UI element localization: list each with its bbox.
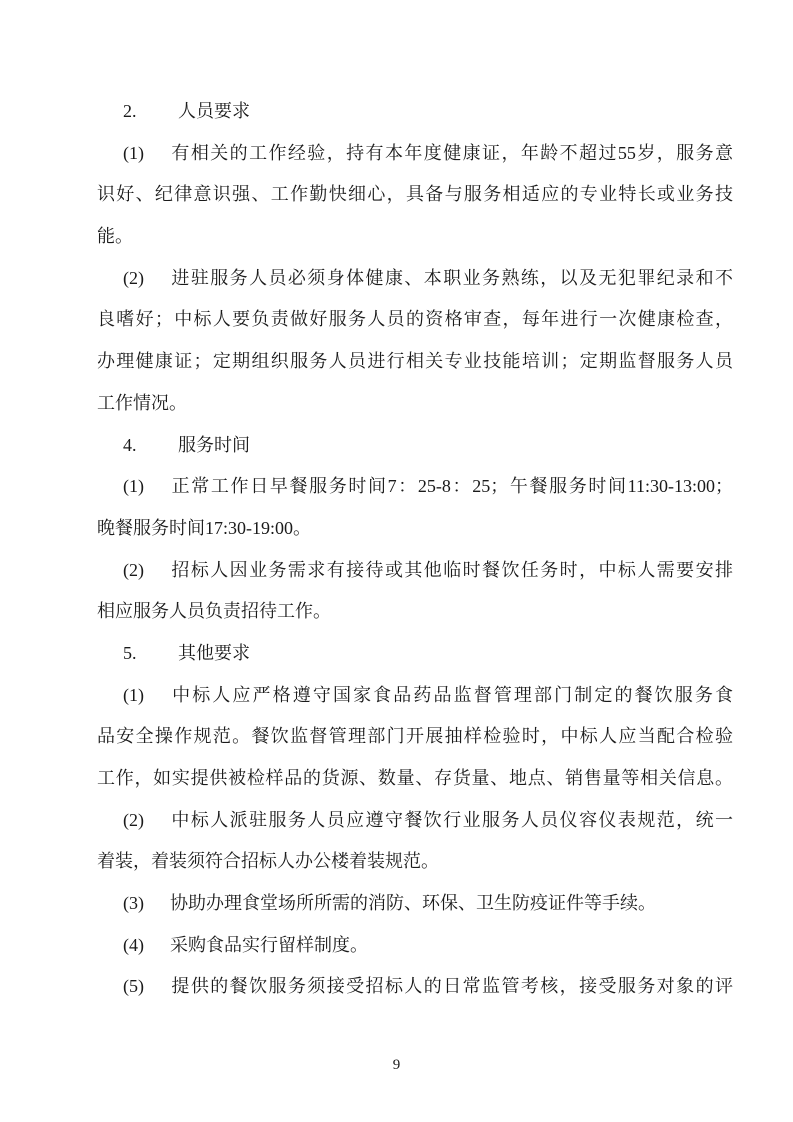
text-line: 识好、纪律意识强、工作勤快细心，具备与服务相适应的专业特长或业务技 xyxy=(97,174,733,216)
line-text: 采购食品实行留样制度。 xyxy=(170,935,368,955)
text-line: 工作情况。 xyxy=(97,383,733,425)
line-text: 招标人因业务需求有接待或其他临时餐饮任务时，中标人需要安排 xyxy=(170,560,733,580)
text-line: (1)正常工作日早餐服务时间7：25-8：25；午餐服务时间11:30-13:0… xyxy=(97,466,733,508)
line-text: 其他要求 xyxy=(178,643,250,663)
text-line: (3)协助办理食堂场所所需的消防、环保、卫生防疫证件等手续。 xyxy=(97,883,733,925)
document-page: 2.人员要求(1)有相关的工作经验，持有本年度健康证，年龄不超过55岁，服务意识… xyxy=(0,0,793,1122)
text-line: (2)中标人派驻服务人员应遵守餐饮行业服务人员仪容仪表规范，统一 xyxy=(97,800,733,842)
text-line: 晚餐服务时间17:30-19:00。 xyxy=(97,508,733,550)
text-line: 工作，如实提供被检样品的货源、数量、存货量、地点、销售量等相关信息。 xyxy=(97,758,733,800)
text-line: (1)有相关的工作经验，持有本年度健康证，年龄不超过55岁，服务意 xyxy=(97,133,733,175)
line-text: 工作情况。 xyxy=(97,393,187,413)
document-body: 2.人员要求(1)有相关的工作经验，持有本年度健康证，年龄不超过55岁，服务意识… xyxy=(97,91,733,1008)
text-line: 能。 xyxy=(97,216,733,258)
line-text: 有相关的工作经验，持有本年度健康证，年龄不超过55岁，服务意 xyxy=(170,143,733,163)
item-number: (2) xyxy=(123,258,170,300)
line-text: 正常工作日早餐服务时间7：25-8：25；午餐服务时间11:30-13:00； xyxy=(170,476,733,496)
text-line: (2)招标人因业务需求有接待或其他临时餐饮任务时，中标人需要安排 xyxy=(97,550,733,592)
section-number: 4. xyxy=(123,425,178,467)
section-heading-line: 2.人员要求 xyxy=(97,91,733,133)
line-text: 工作，如实提供被检样品的货源、数量、存货量、地点、销售量等相关信息。 xyxy=(97,768,733,788)
text-line: (5)提供的餐饮服务须接受招标人的日常监管考核，接受服务对象的评 xyxy=(97,966,733,1008)
item-number: (3) xyxy=(123,883,170,925)
item-number: (1) xyxy=(123,466,170,508)
line-text: 能。 xyxy=(97,226,133,246)
section-heading-line: 5.其他要求 xyxy=(97,633,733,675)
section-number: 2. xyxy=(123,91,178,133)
line-text: 进驻服务人员必须身体健康、本职业务熟练，以及无犯罪纪录和不 xyxy=(170,268,733,288)
line-text: 品安全操作规范。餐饮监督管理部门开展抽样检验时，中标人应当配合检验 xyxy=(97,726,733,746)
line-text: 晚餐服务时间17:30-19:00。 xyxy=(97,518,311,538)
page-number: 9 xyxy=(0,1055,793,1075)
section-number: 5. xyxy=(123,633,178,675)
line-text: 协助办理食堂场所所需的消防、环保、卫生防疫证件等手续。 xyxy=(170,893,656,913)
line-text: 中标人应严格遵守国家食品药品监督管理部门制定的餐饮服务食 xyxy=(170,685,733,705)
line-text: 服务时间 xyxy=(178,435,250,455)
section-heading-line: 4.服务时间 xyxy=(97,425,733,467)
line-text: 识好、纪律意识强、工作勤快细心，具备与服务相适应的专业特长或业务技 xyxy=(97,184,733,204)
line-text: 良嗜好；中标人要负责做好服务人员的资格审查，每年进行一次健康检查， xyxy=(97,309,733,329)
text-line: 办理健康证；定期组织服务人员进行相关专业技能培训；定期监督服务人员 xyxy=(97,341,733,383)
item-number: (2) xyxy=(123,800,170,842)
line-text: 相应服务人员负责招待工作。 xyxy=(97,601,331,621)
item-number: (5) xyxy=(123,966,170,1008)
text-line: 相应服务人员负责招待工作。 xyxy=(97,591,733,633)
item-number: (4) xyxy=(123,925,170,967)
line-text: 办理健康证；定期组织服务人员进行相关专业技能培训；定期监督服务人员 xyxy=(97,351,733,371)
text-line: (4)采购食品实行留样制度。 xyxy=(97,925,733,967)
item-number: (2) xyxy=(123,550,170,592)
item-number: (1) xyxy=(123,675,170,717)
line-text: 人员要求 xyxy=(178,101,250,121)
line-text: 中标人派驻服务人员应遵守餐饮行业服务人员仪容仪表规范，统一 xyxy=(170,810,733,830)
line-text: 提供的餐饮服务须接受招标人的日常监管考核，接受服务对象的评 xyxy=(170,976,733,996)
text-line: 品安全操作规范。餐饮监督管理部门开展抽样检验时，中标人应当配合检验 xyxy=(97,716,733,758)
text-line: 着装，着装须符合招标人办公楼着装规范。 xyxy=(97,841,733,883)
text-line: (1)中标人应严格遵守国家食品药品监督管理部门制定的餐饮服务食 xyxy=(97,675,733,717)
item-number: (1) xyxy=(123,133,170,175)
text-line: 良嗜好；中标人要负责做好服务人员的资格审查，每年进行一次健康检查， xyxy=(97,299,733,341)
text-line: (2)进驻服务人员必须身体健康、本职业务熟练，以及无犯罪纪录和不 xyxy=(97,258,733,300)
line-text: 着装，着装须符合招标人办公楼着装规范。 xyxy=(97,851,439,871)
